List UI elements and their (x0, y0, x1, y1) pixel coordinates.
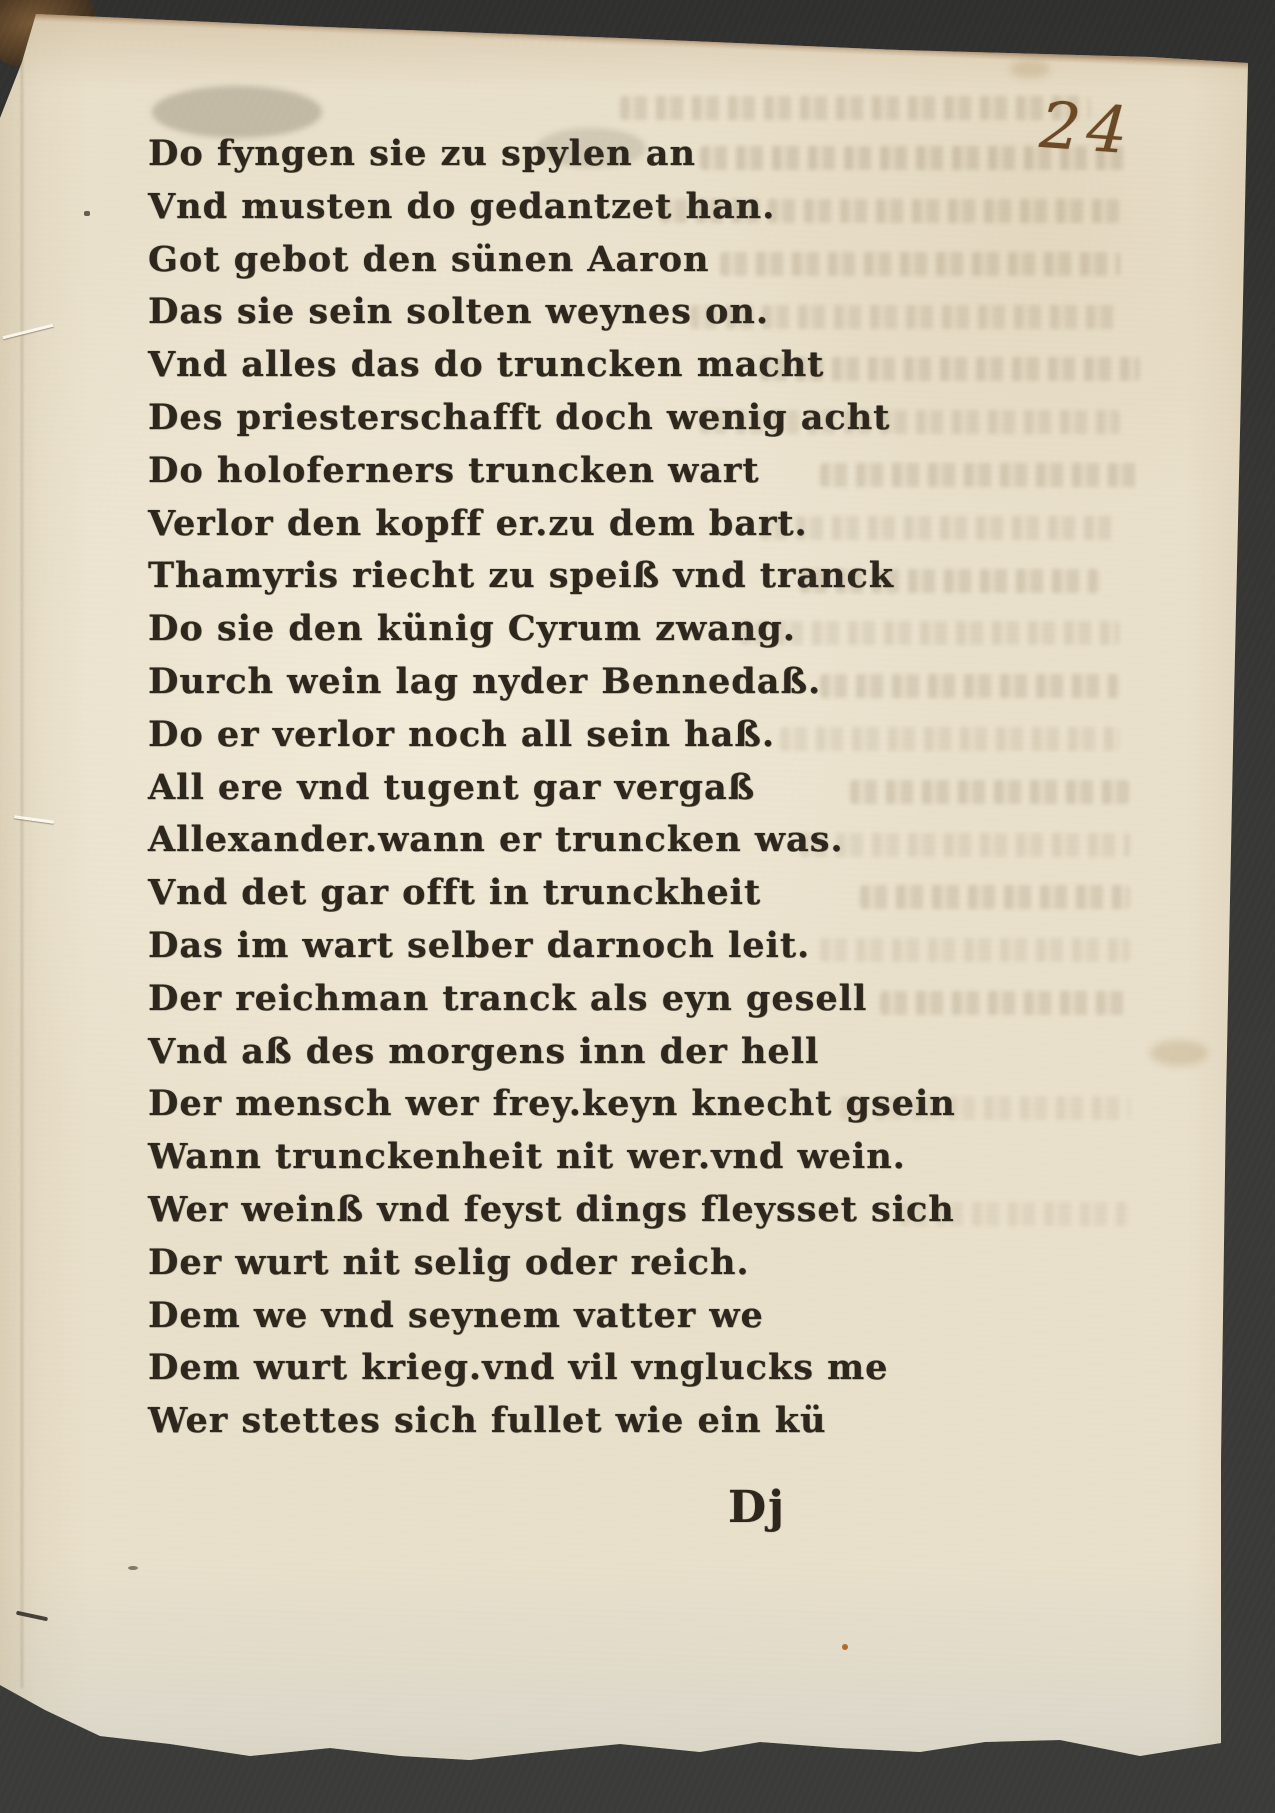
foxing-stain (1010, 60, 1050, 78)
poem-line: Vnd alles das do truncken macht (148, 339, 1088, 392)
poem-line: Thamyris riecht zu speiß vnd tranck (148, 550, 1088, 603)
poem-line: Der wurt nit selig oder reich. (148, 1237, 1088, 1290)
poem-line: Wann trunckenheit nit wer.vnd wein. (148, 1131, 1088, 1184)
poem-line: Do sie den künig Cyrum zwang. (148, 603, 1088, 656)
poem-line: Wer stettes sich fullet wie ein kü (148, 1395, 1088, 1448)
foxing-stain (1150, 1040, 1208, 1066)
poem-line: Vnd det gar offt in trunckheit (148, 867, 1088, 920)
stitch-mark (16, 1611, 48, 1622)
poem-line: Das im wart selber darnoch leit. (148, 920, 1088, 973)
poem-line: Do er verlor noch all sein haß. (148, 709, 1088, 762)
poem-line: Dem we vnd seynem vatter we (148, 1290, 1088, 1343)
poem-line: Vnd aß des morgens inn der hell (148, 1026, 1088, 1079)
signature-mark: Dj (728, 1482, 786, 1533)
scanned-book-photo: 24 Do fyngen sie zu spylen an Vnd musten… (0, 0, 1275, 1813)
poem-line: Das sie sein solten weynes on. (148, 286, 1088, 339)
paper-tear (14, 815, 54, 824)
poem-line: Der mensch wer frey.keyn knecht gsein (148, 1078, 1088, 1131)
paper-tear (2, 324, 53, 339)
gutter-crease (21, 58, 25, 1688)
poem-line: Wer weinß vnd feyst dings fleysset sich (148, 1184, 1088, 1237)
poem-line: Do holoferners truncken wart (148, 445, 1088, 498)
poem-line: Durch wein lag nyder Bennedaß. (148, 656, 1088, 709)
book-page: 24 Do fyngen sie zu spylen an Vnd musten… (0, 0, 1275, 1813)
showthrough-line (620, 96, 1090, 120)
poem-line: Der reichman tranck als eyn gesell (148, 973, 1088, 1026)
poem-line: Des priesterschafft doch wenig acht (148, 392, 1088, 445)
ink-speck (128, 1566, 138, 1570)
poem-text-block: Do fyngen sie zu spylen an Vnd musten do… (148, 128, 1088, 1448)
poem-line: All ere vnd tugent gar vergaß (148, 762, 1088, 815)
poem-line: Verlor den kopff er.zu dem bart. (148, 498, 1088, 551)
poem-line: Do fyngen sie zu spylen an (148, 128, 1088, 181)
page-top-edge (28, 12, 1249, 70)
poem-line: Got gebot den sünen Aaron (148, 234, 1088, 287)
ink-speck (84, 211, 90, 216)
poem-line: Allexander.wann er truncken was. (148, 814, 1088, 867)
poem-line: Vnd musten do gedantzet han. (148, 181, 1088, 234)
foxing-spot (842, 1644, 848, 1650)
poem-line: Dem wurt krieg.vnd vil vnglucks me (148, 1342, 1088, 1395)
